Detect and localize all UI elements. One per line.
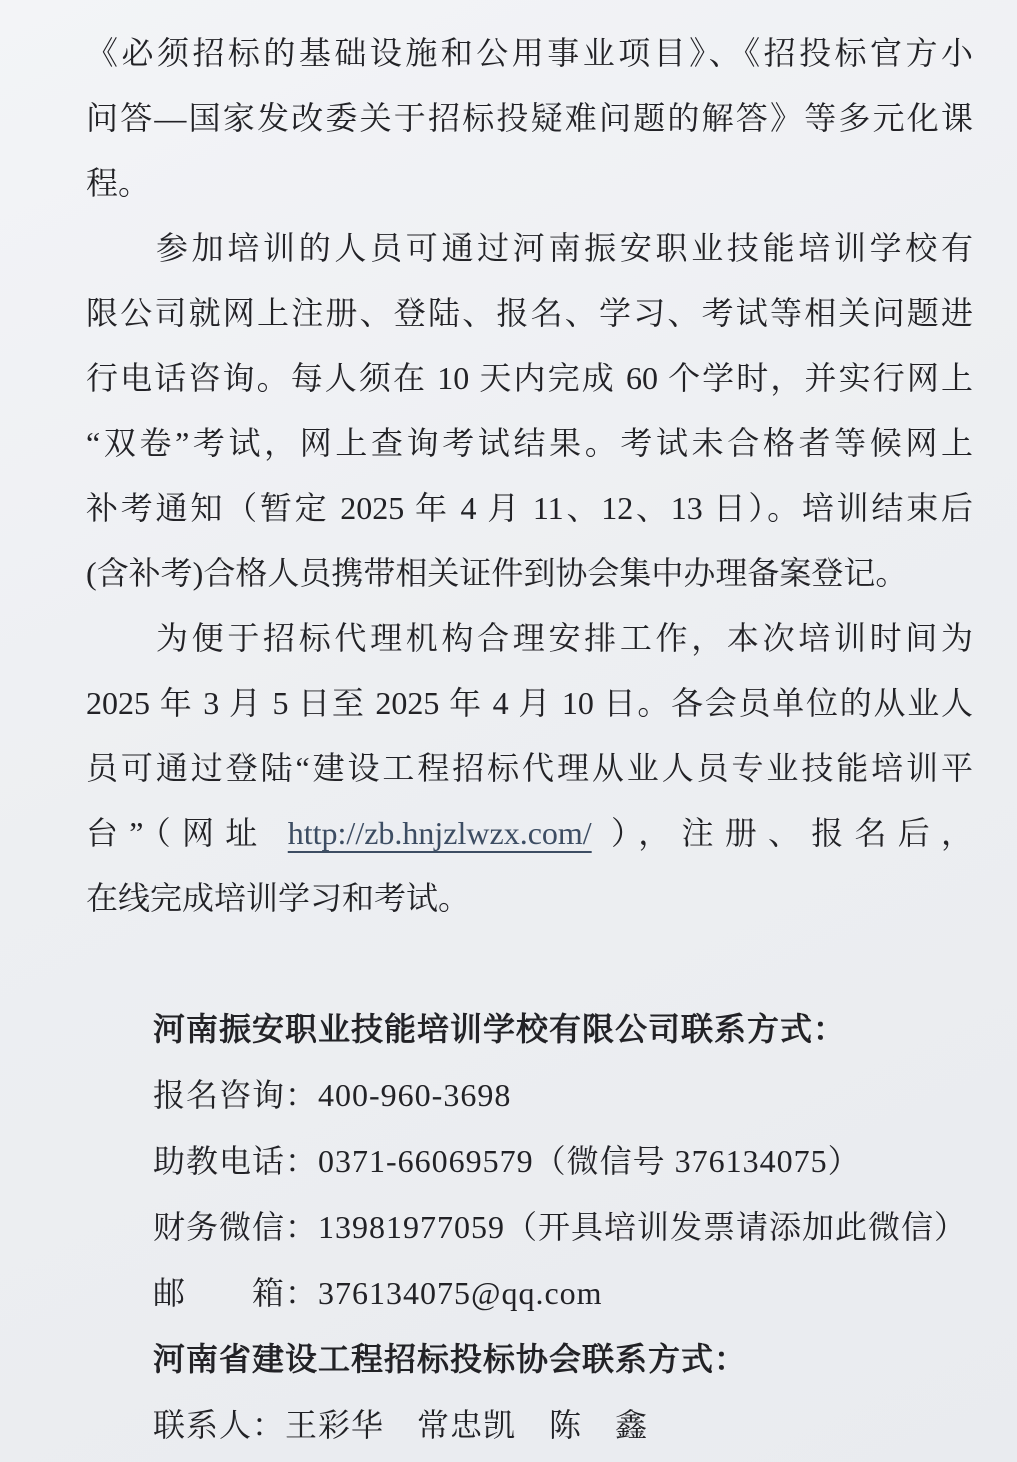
paragraph1-line3: 程。 (86, 151, 973, 216)
paragraph2-line6: (含补考)合格人员携带相关证件到协会集中办理备案登记。 (86, 541, 973, 606)
paragraph3-line3: 员可通过登陆“建设工程招标代理从业人员专业技能培训平 (86, 736, 973, 801)
link-prefix-text: 台”（网址 (86, 815, 288, 851)
document-page: 《必须招标的基础设施和公用事业项目》、《招投标官方小 问答—国家发改委关于招标投… (0, 0, 1017, 1462)
school-contact-email: 邮 箱：376134075@qq.com (153, 1260, 973, 1326)
school-contact-finance-wechat: 财务微信：13981977059（开具培训发票请添加此微信） (153, 1194, 973, 1260)
paragraph2-line4: “双卷”考试，网上查询考试结果。考试未合格者等候网上 (86, 411, 973, 476)
contact-section: 河南振安职业技能培训学校有限公司联系方式： 报名咨询：400-960-3698 … (86, 996, 973, 1458)
school-contact-heading: 河南振安职业技能培训学校有限公司联系方式： (153, 996, 973, 1062)
school-contact-enroll-phone: 报名咨询：400-960-3698 (153, 1062, 973, 1128)
paragraph2-line5: 补考通知（暂定 2025 年 4 月 11、12、13 日）。培训结束后 (86, 476, 973, 541)
paragraph2-line2: 限公司就网上注册、登陆、报名、学习、考试等相关问题进 (86, 281, 973, 346)
paragraph1-line1: 《必须招标的基础设施和公用事业项目》、《招投标官方小 (86, 21, 973, 86)
paragraph3-line5: 在线完成培训学习和考试。 (86, 866, 973, 931)
association-contact-heading: 河南省建设工程招标投标协会联系方式： (153, 1326, 973, 1392)
paragraph1-line2: 问答—国家发改委关于招标投疑难问题的解答》等多元化课 (86, 86, 973, 151)
document-body: 《必须招标的基础设施和公用事业项目》、《招投标官方小 问答—国家发改委关于招标投… (86, 21, 973, 1458)
link-suffix-text: ），注册、报名后， (592, 815, 973, 851)
paragraph2-line3: 行电话咨询。每人须在 10 天内完成 60 个学时，并实行网上 (86, 346, 973, 411)
school-contact-assistant-phone: 助教电话：0371-66069579（微信号 376134075） (153, 1128, 973, 1194)
paragraph3-line2: 2025 年 3 月 5 日至 2025 年 4 月 10 日。各会员单位的从业… (86, 671, 973, 736)
paragraph2-line1: 参加培训的人员可通过河南振安职业技能培训学校有 (86, 216, 973, 281)
training-platform-link[interactable]: http://zb.hnjzlwzx.com/ (288, 815, 592, 851)
association-contact-persons: 联系人：王彩华 常忠凯 陈 鑫 (153, 1392, 973, 1458)
paragraph3-line1: 为便于招标代理机构合理安排工作，本次培训时间为 (86, 606, 973, 671)
paragraph3-line4: 台”（网址 http://zb.hnjzlwzx.com/ ），注册、报名后， (86, 801, 973, 866)
